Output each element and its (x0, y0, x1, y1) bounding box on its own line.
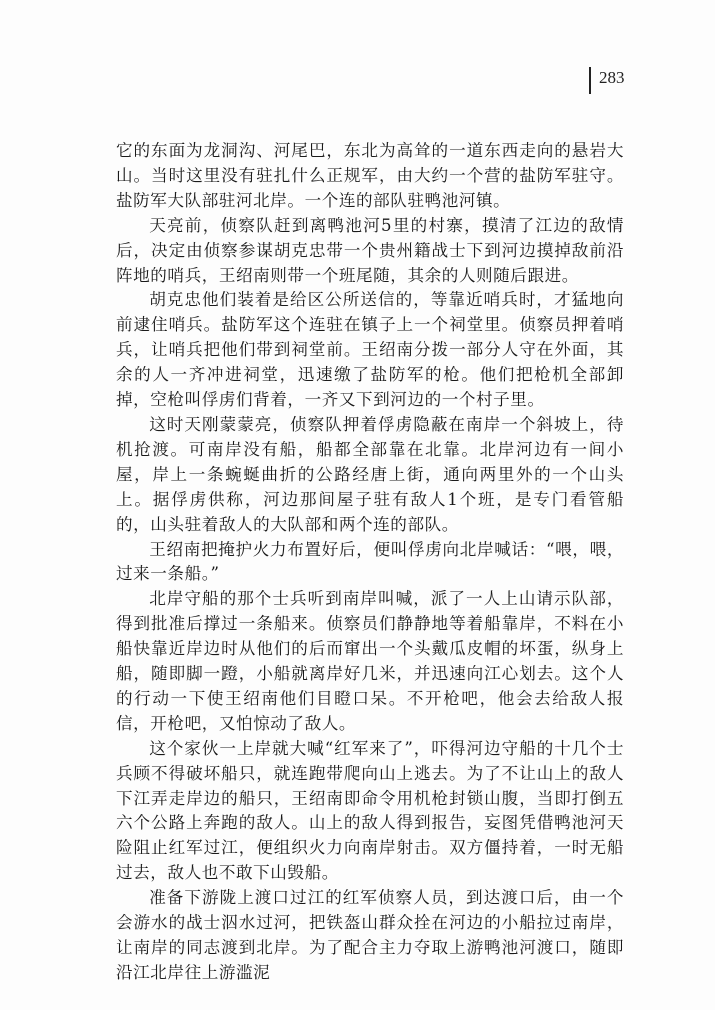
body-text: 它的东面为龙洞沟、河尾巴，东北为高耸的一道东西走向的悬岩大山。当时这里没有驻扎什… (116, 139, 624, 986)
paragraph: 这个家伙一上岸就大喊“红军来了”，吓得河边守船的十几个士兵顾不得破坏船只，就连跑… (116, 737, 624, 886)
paragraph: 准备下游陇上渡口过江的红军侦察人员，到达渡口后，由一个会游水的战士泅水过河，把铁… (116, 886, 624, 986)
paragraph: 天亮前，侦察队赶到离鸭池河5里的村寨，摸清了江边的敌情后，决定由侦察参谋胡克忠带… (116, 214, 624, 289)
paragraph: 王绍南把掩护火力布置好后，便叫俘虏向北岸喊话：“喂，喂，过来一条船。” (116, 538, 624, 588)
paragraph: 它的东面为龙洞沟、河尾巴，东北为高耸的一道东西走向的悬岩大山。当时这里没有驻扎什… (116, 139, 624, 214)
paragraph: 北岸守船的那个士兵听到南岸叫喊，派了一人上山请示队部，得到批准后撑过一条船来。侦… (116, 587, 624, 736)
paragraph: 胡克忠他们装着是给区公所送信的，等靠近哨兵时，才猛地向前逮住哨兵。盐防军这个连驻… (116, 288, 624, 413)
paragraph: 这时天刚蒙蒙亮，侦察队押着俘虏隐蔽在南岸一个斜坡上，待机抢渡。可南岸没有船，船都… (116, 413, 624, 538)
book-page: 283 它的东面为龙洞沟、河尾巴，东北为高耸的一道东西走向的悬岩大山。当时这里没… (0, 0, 715, 1010)
page-number-rule (589, 67, 591, 94)
page-number: 283 (599, 68, 625, 88)
